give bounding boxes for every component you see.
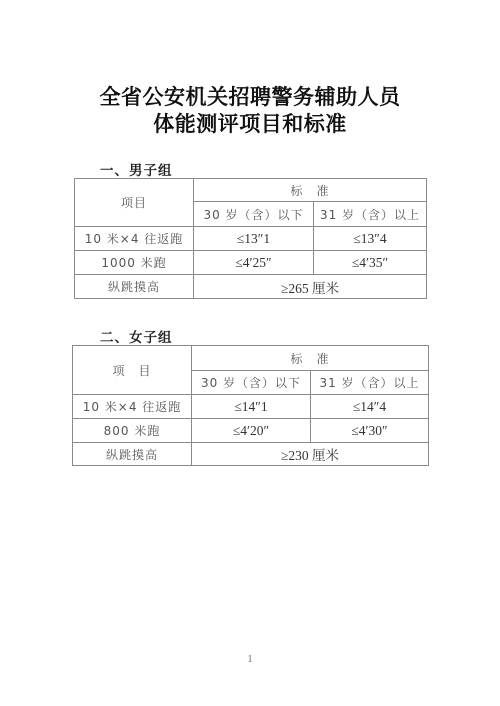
- header-item: 项目: [75, 179, 194, 227]
- row-item: 1000 米跑: [75, 251, 194, 275]
- female-group-heading: 二、女子组: [100, 326, 173, 346]
- row-item: 800 米跑: [73, 419, 192, 443]
- row-merged-standard: ≥265 厘米: [194, 275, 427, 299]
- table-row: 1000 米跑 ≤4′25″ ≤4′35″: [75, 251, 427, 275]
- row-under30: ≤14″1: [192, 395, 311, 419]
- header-age-under30: 30 岁（含）以下: [192, 371, 311, 395]
- header-standard: 标 准: [192, 346, 429, 371]
- table-row: 纵跳摸高 ≥230 厘米: [73, 443, 429, 466]
- header-standard: 标 准: [194, 179, 427, 202]
- row-item: 10 米×4 往返跑: [75, 227, 194, 251]
- row-under30: ≤13″1: [194, 227, 314, 251]
- row-over31: ≤4′30″: [311, 419, 429, 443]
- header-age-over31: 31 岁（含）以上: [311, 371, 429, 395]
- row-item: 10 米×4 往返跑: [73, 395, 192, 419]
- header-item: 项 目: [73, 346, 192, 395]
- row-over31: ≤13″4: [314, 227, 427, 251]
- header-age-over31: 31 岁（含）以上: [314, 202, 427, 227]
- male-standards-table: 项目 标 准 30 岁（含）以下 31 岁（含）以上 10 米×4 往返跑 ≤1…: [74, 178, 427, 299]
- row-over31: ≤4′35″: [314, 251, 427, 275]
- table-row: 10 米×4 往返跑 ≤13″1 ≤13″4: [75, 227, 427, 251]
- document-title-line-2: 体能测评项目和标准: [0, 111, 500, 137]
- row-over31: ≤14″4: [311, 395, 429, 419]
- row-merged-standard: ≥230 厘米: [192, 443, 429, 466]
- table-row: 800 米跑 ≤4′20″ ≤4′30″: [73, 419, 429, 443]
- row-under30: ≤4′25″: [194, 251, 314, 275]
- female-standards-table: 项 目 标 准 30 岁（含）以下 31 岁（含）以上 10 米×4 往返跑 ≤…: [72, 345, 429, 466]
- document-title-line-1: 全省公安机关招聘警务辅助人员: [0, 84, 500, 110]
- table-row: 10 米×4 往返跑 ≤14″1 ≤14″4: [73, 395, 429, 419]
- row-item: 纵跳摸高: [75, 275, 194, 299]
- header-age-under30: 30 岁（含）以下: [194, 202, 314, 227]
- page-number: 1: [0, 654, 500, 665]
- row-item: 纵跳摸高: [73, 443, 192, 466]
- male-group-heading: 一、男子组: [100, 159, 173, 179]
- table-row: 纵跳摸高 ≥265 厘米: [75, 275, 427, 299]
- row-under30: ≤4′20″: [192, 419, 311, 443]
